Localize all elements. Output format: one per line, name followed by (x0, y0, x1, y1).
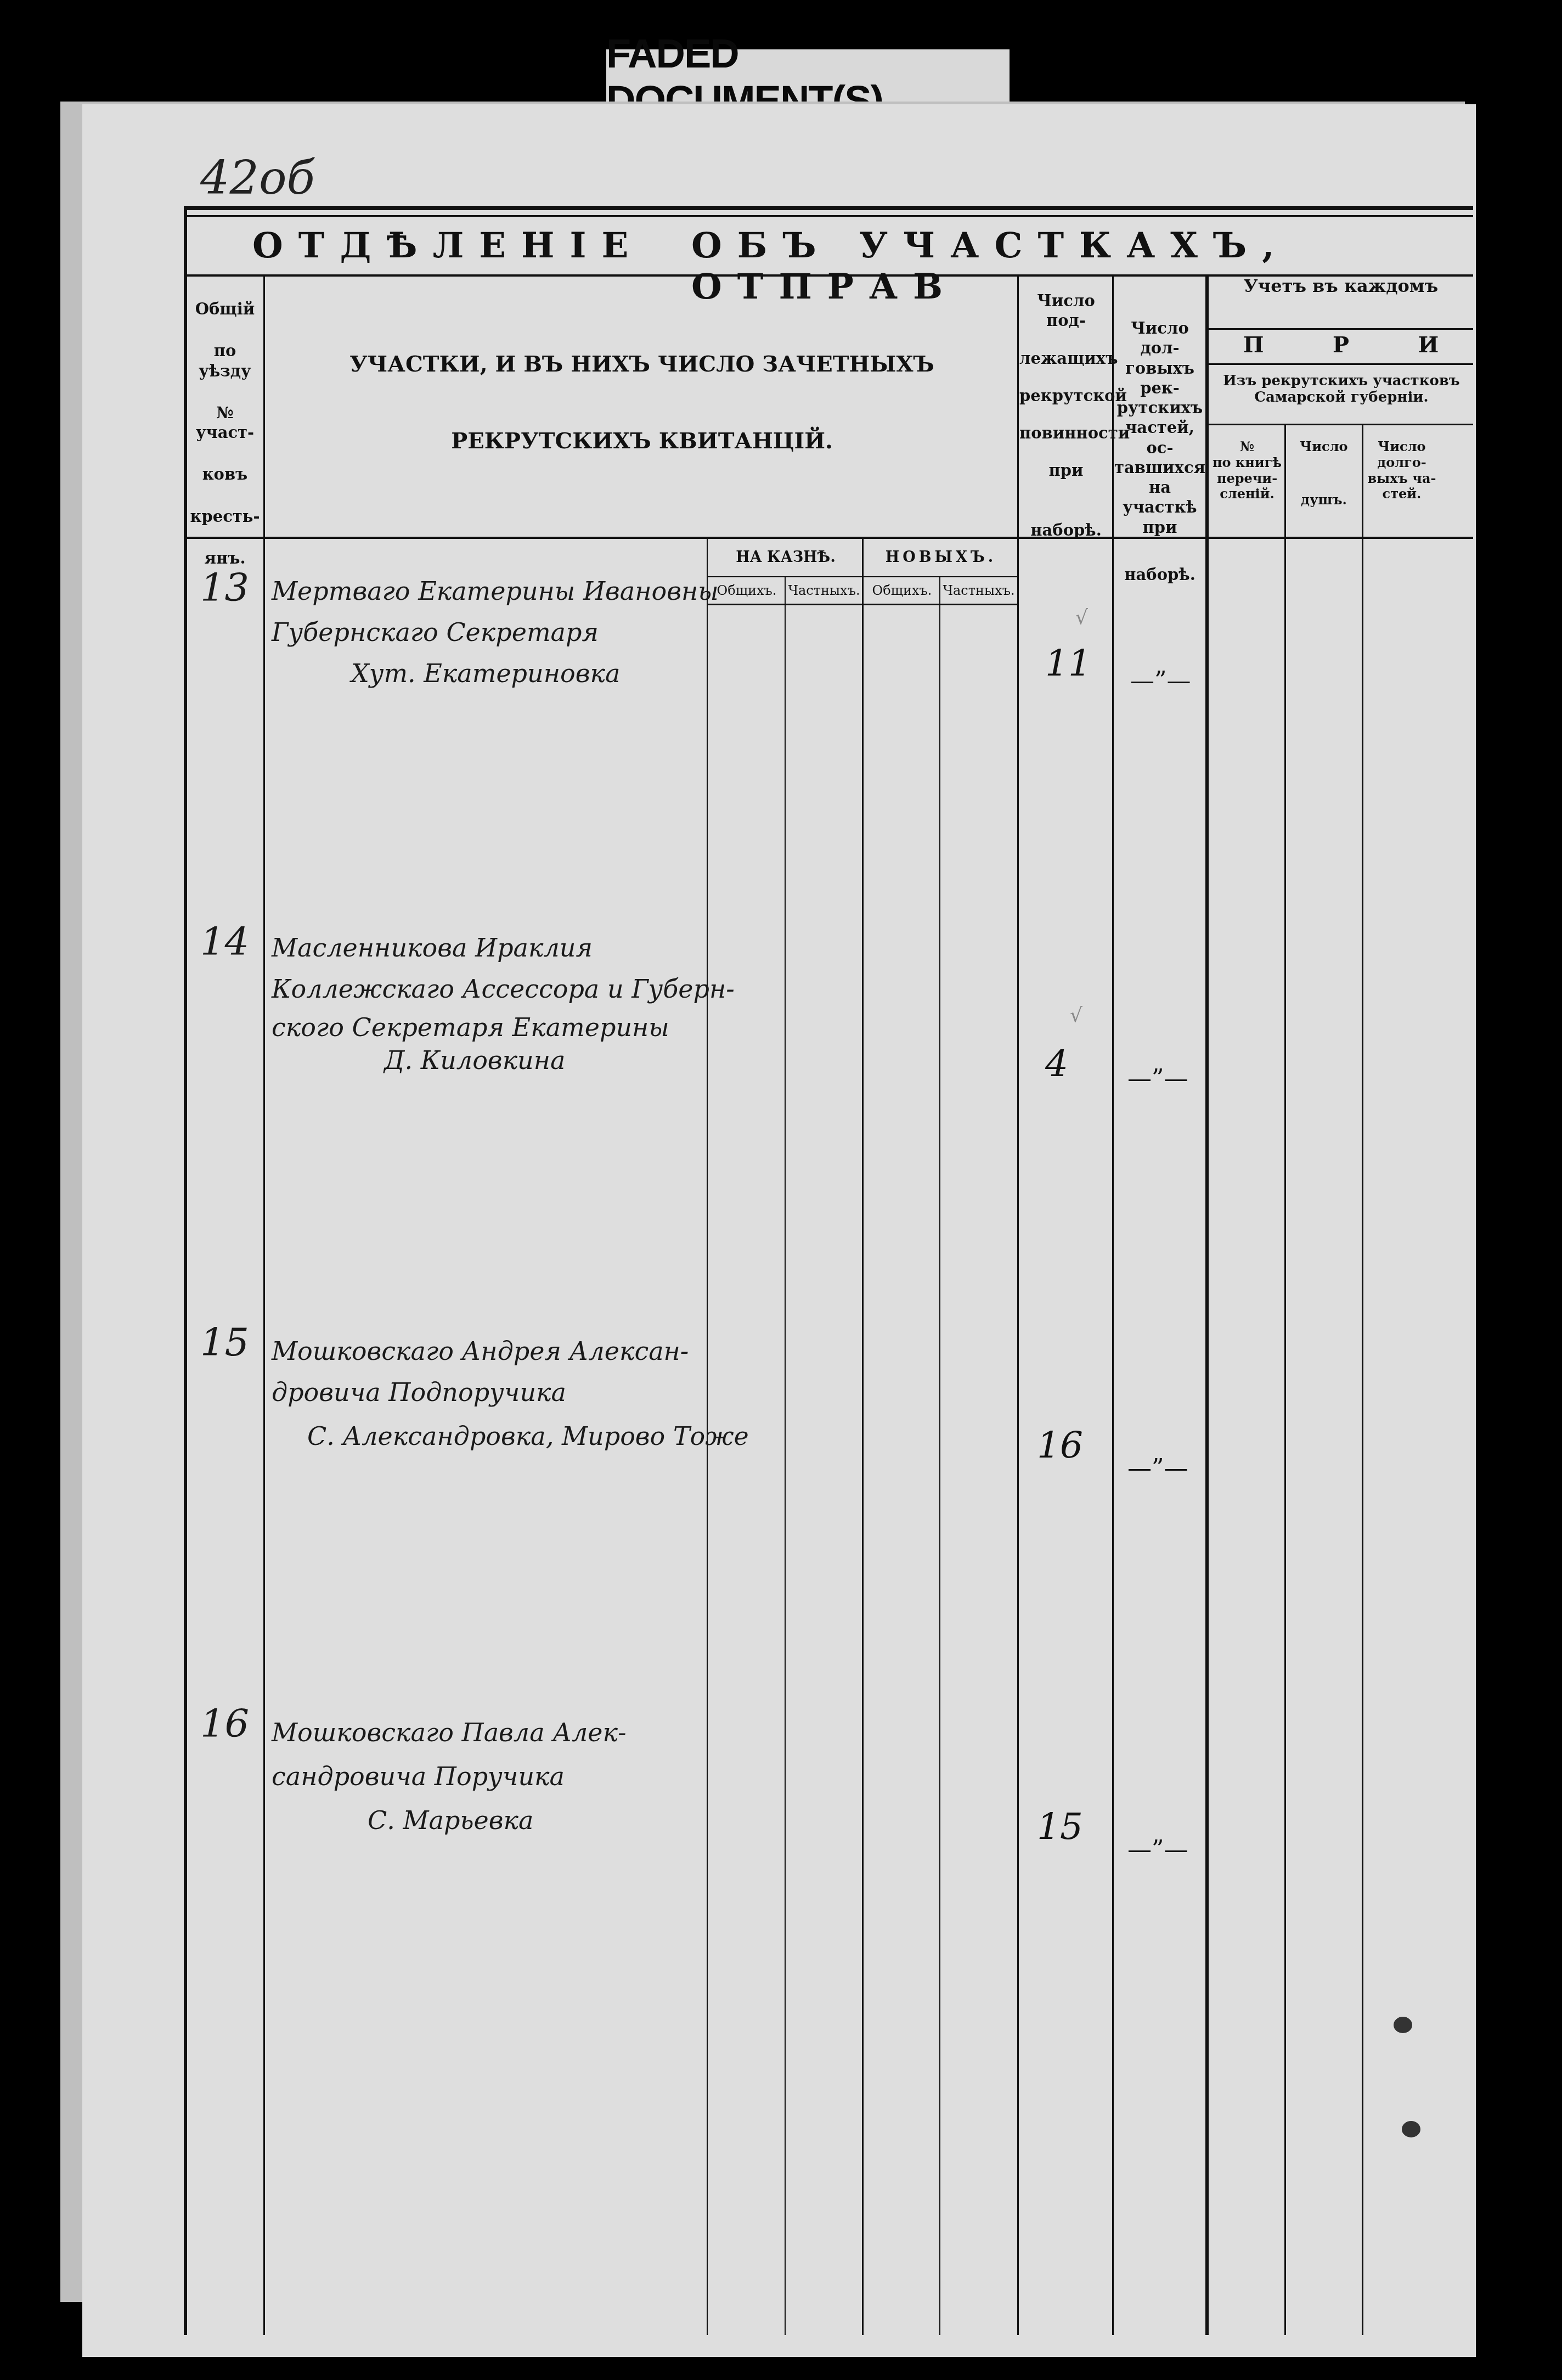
pri-letter: И (1418, 332, 1439, 358)
row-number: 13 (200, 565, 249, 610)
row-entry-line: дровича Подпоручика (272, 1377, 566, 1407)
header-from-districts: Изъ рекрутскихъ участковъ Самарской губе… (1215, 373, 1468, 406)
header-book-line: сленій. (1210, 486, 1284, 502)
row-liable-value: 16 (1037, 1424, 1083, 1466)
pri-letter: П (1243, 332, 1264, 358)
rule-col10 (1362, 425, 1363, 2335)
check-mark-icon: √ (1075, 606, 1088, 629)
header-new-common: Общихъ. (864, 583, 940, 599)
rule-from-districts (1207, 424, 1473, 425)
header-book-line: № (1210, 439, 1284, 455)
rule-top-thick (184, 206, 1473, 210)
rule-col1 (263, 274, 265, 2335)
row-entry-line: ского Секретаря Екатерины (272, 1012, 669, 1042)
header-debt-parts-line: долго- (1363, 455, 1440, 471)
row-entry-line: Губернскаго Секретаря (272, 617, 599, 647)
header-treasury-common: Общихъ. (709, 583, 785, 599)
header-debt-line: наборѣ. (1114, 565, 1206, 584)
rule-pri (1207, 363, 1473, 365)
row-number: 15 (200, 1320, 249, 1365)
header-debt-line: говыхъ рек- (1114, 358, 1206, 398)
header-debt-line: при (1114, 517, 1206, 537)
header-new-private: Частныхъ. (940, 583, 1017, 599)
header-pri: П Р И (1209, 332, 1473, 358)
rule-below-header (184, 537, 1473, 539)
header-debt-line: Число дол- (1114, 318, 1206, 358)
header-debt-line: на участкѣ (1114, 477, 1206, 517)
binding-hole-icon (1402, 2121, 1420, 2137)
header-liable-line: лежащихъ (1019, 348, 1113, 368)
header-liable-line: рекрутской (1019, 386, 1113, 406)
folio-number: 42об (200, 151, 315, 205)
rule-col4 (862, 538, 864, 2335)
pri-letter: Р (1333, 332, 1349, 358)
row-entry-line: Масленникова Ираклия (272, 933, 593, 963)
row-entry-line: Хут. Екатериновка (351, 659, 620, 688)
binding-hole-icon (1394, 2017, 1412, 2033)
header-book-line: по книгѣ (1210, 455, 1284, 471)
header-debt-parts-line: Число (1363, 439, 1440, 455)
row-debt-value: —”— (1130, 667, 1191, 695)
row-entry-line: Мертваго Екатерины Ивановны (272, 576, 719, 606)
header-debt-parts-line: стей. (1363, 486, 1440, 502)
header-debt-parts-line: выхъ ча- (1363, 471, 1440, 487)
header-accounting: Учетъ въ каждомъ (1209, 275, 1473, 296)
row-entry-line: сандровича Поручика (272, 1762, 565, 1791)
header-sections-line1: УЧАСТКИ, И ВЪ НИХЪ ЧИСЛО ЗАЧЕТНЫХЪ (266, 351, 1018, 377)
header-number-col: Общій по уѣзду № участ- ковъ кресть- янъ… (187, 299, 263, 568)
header-number-line: Общій (187, 299, 263, 319)
row-liable-value: 15 (1037, 1805, 1083, 1848)
header-treasury-group: НА КАЗНѢ. (709, 549, 862, 566)
row-entry-line: Мошковскаго Андрея Алексан- (272, 1336, 689, 1366)
rule-accounting (1207, 328, 1473, 330)
header-liable-line: повинности (1019, 423, 1113, 443)
row-entry-line: С. Александровка, Мирово Тоже (307, 1421, 749, 1451)
header-number-line: ковъ (187, 464, 263, 484)
row-liable-value: 11 (1045, 642, 1091, 684)
header-number-line: по уѣзду (187, 341, 263, 381)
header-debt-line: тавшихся (1114, 458, 1206, 477)
rule-col5 (939, 576, 940, 2335)
row-number: 16 (200, 1701, 249, 1746)
header-new-group: НОВЫХЪ. (864, 549, 1018, 566)
title-section: ОТДѢЛЕНІЕ (252, 225, 644, 266)
header-liable-col: Число под- лежащихъ рекрутской повинност… (1019, 291, 1113, 540)
row-number: 14 (200, 919, 249, 964)
row-debt-value: —”— (1127, 1065, 1188, 1093)
header-number-line: № участ- (187, 403, 263, 443)
rule-col3 (785, 576, 786, 2335)
header-liable-line: при (1019, 460, 1113, 480)
rule-subgroups-bottom (708, 604, 1018, 605)
row-entry-line: С. Марьевка (368, 1805, 533, 1835)
row-entry-line: Д. Киловкина (384, 1045, 565, 1075)
header-number-line: кресть- (187, 507, 263, 526)
header-treasury-private: Частныхъ. (786, 583, 862, 599)
rule-subgroups (708, 576, 1018, 577)
header-debt-line: рутскихъ (1114, 398, 1206, 418)
header-souls-line: Число (1286, 439, 1362, 455)
header-liable-line: наборѣ. (1019, 520, 1113, 540)
header-debt-parts: Число долго- выхъ ча- стей. (1363, 439, 1440, 502)
faded-document-banner: FADED DOCUMENT(S) (606, 49, 1010, 104)
rule-top-thin (184, 215, 1473, 217)
rule-col9 (1284, 425, 1286, 2335)
header-sections-line2: РЕКРУТСКИХЪ КВИТАНЦІЙ. (266, 428, 1018, 454)
row-liable-value: 4 (1045, 1043, 1068, 1085)
header-debt-col: Число дол- говыхъ рек- рутскихъ частей, … (1114, 318, 1206, 584)
rule-col6 (1017, 274, 1019, 2335)
header-liable-line: Число под- (1019, 291, 1113, 331)
row-debt-value: —”— (1127, 1836, 1188, 1864)
header-souls-line: душъ. (1286, 492, 1362, 508)
row-entry-line: Коллежскаго Ассессора и Губерн- (272, 974, 735, 1004)
row-debt-value: —”— (1127, 1454, 1188, 1482)
header-book-line: перечи- (1210, 471, 1284, 487)
header-book-no: № по книгѣ перечи- сленій. (1210, 439, 1284, 502)
header-souls: Число душъ. (1286, 439, 1362, 508)
check-mark-icon: √ (1070, 1004, 1082, 1027)
row-entry-line: Мошковскаго Павла Алек- (272, 1718, 627, 1747)
header-debt-line: частей, ос- (1114, 418, 1206, 458)
